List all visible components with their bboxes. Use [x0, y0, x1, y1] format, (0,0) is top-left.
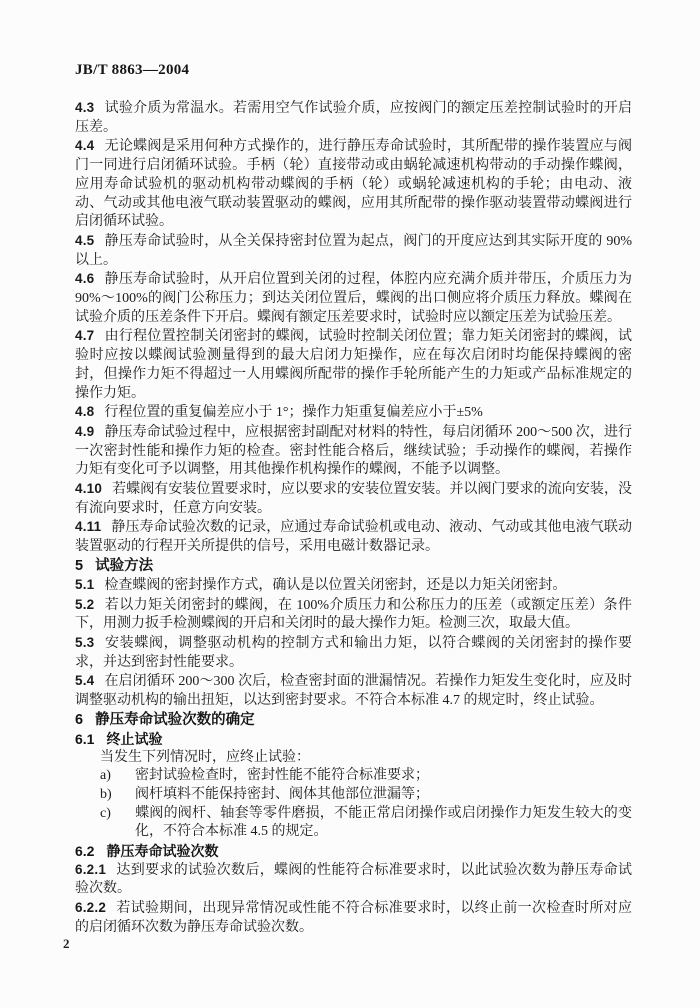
clause-number: 5.2	[75, 597, 94, 612]
standard-code-header: JB/T 8863—2004	[75, 62, 189, 79]
clause-number: 4.8	[75, 404, 94, 419]
section-title: 静压寿命试验次数的确定	[95, 712, 255, 728]
list-label: b)	[100, 786, 135, 805]
clause-4-3: 4.3试验介质为常温水。若需用空气作试验介质，应按阀门的额定压差控制试验时的开启…	[75, 99, 632, 137]
list-label: c)	[100, 805, 135, 824]
list-text: 阀杆填料不能保持密封、阀体其他部位泄漏等；	[135, 787, 429, 802]
clause-4-5: 4.5静压寿命试验时，从全关保持密封位置为起点，阀门的开度应达到其实际开度的 9…	[75, 232, 632, 270]
section-5-heading: 5试验方法	[75, 557, 632, 576]
clause-text: 静压寿命试验次数的记录，应通过寿命试验机或电动、液动、气动或其他电液气联动装置驱…	[75, 520, 632, 554]
clause-number: 4.4	[75, 138, 94, 153]
clause-text: 由行程位置控制关闭密封的蝶阀，试验时控制关闭位置；靠力矩关闭密封的蝶阀，试验时应…	[75, 329, 632, 400]
clause-number: 4.10	[75, 481, 102, 496]
clause-4-6: 4.6静压寿命试验时，从开启位置到关闭的过程，体腔内应充满介质并带压，介质压力为…	[75, 270, 632, 327]
section-title: 试验方法	[95, 558, 153, 574]
clause-text: 无论蝶阀是采用何种方式操作的，进行静压寿命试验时，其所配带的操作装置应与阀门一同…	[75, 139, 632, 229]
clause-6-2-2: 6.2.2若试验期间，出现异常情况或性能不符合标准要求时，以终止前一次检查时所对…	[75, 899, 632, 937]
list-text: 密封试验检查时，密封性能不能符合标准要求；	[135, 768, 429, 783]
clause-text: 若蝶阀有安装位置要求时，应以要求的安装位置安装。并以阀门要求的流向安装，没有流向…	[75, 482, 632, 516]
list-item-b: b)阀杆填料不能保持密封、阀体其他部位泄漏等；	[100, 786, 632, 805]
clause-4-7: 4.7由行程位置控制关闭密封的蝶阀，试验时控制关闭位置；靠力矩关闭密封的蝶阀，试…	[75, 327, 632, 403]
clause-number: 4.3	[75, 100, 94, 115]
clause-text: 若以力矩关闭密封的蝶阀，在 100%介质压力和公称压力的压差（或额定压差）条件下…	[75, 598, 632, 632]
clause-text: 静压寿命试验时，从开启位置到关闭的过程，体腔内应充满介质并带压，介质压力为 90…	[75, 272, 632, 324]
section-6-heading: 6静压寿命试验次数的确定	[75, 711, 632, 730]
clause-text: 静压寿命试验过程中，应根据密封副配对材料的特性，每启闭循环 200～500 次，…	[75, 425, 632, 477]
clause-number: 6.2.2	[75, 900, 106, 915]
clause-text: 行程位置的重复偏差应小于 1°；操作力矩重复偏差应小于±5%	[104, 405, 482, 420]
clause-number: 4.5	[75, 233, 94, 248]
clause-5-2: 5.2若以力矩关闭密封的蝶阀，在 100%介质压力和公称压力的压差（或额定压差）…	[75, 596, 632, 634]
clause-number: 5.1	[75, 577, 94, 592]
clause-number: 4.6	[75, 271, 94, 286]
document-body: 4.3试验介质为常温水。若需用空气作试验介质，应按阀门的额定压差控制试验时的开启…	[75, 99, 632, 938]
clause-4-11: 4.11静压寿命试验次数的记录，应通过寿命试验机或电动、液动、气动或其他电液气联…	[75, 518, 632, 556]
clause-number: 6.1	[75, 731, 94, 747]
list-item-c: c)蝶阀的阀杆、轴套等零件磨损，不能正常启闭操作或启闭操作力矩发生较大的变化，不…	[100, 805, 632, 842]
clause-number: 6.2	[75, 843, 94, 859]
clause-number: 4.7	[75, 328, 94, 343]
list-label: a)	[100, 767, 135, 786]
document-page: JB/T 8863—2004 4.3试验介质为常温水。若需用空气作试验介质，应按…	[0, 0, 700, 1008]
clause-number: 4.9	[75, 424, 94, 439]
clause-5-4: 5.4在启闭循环 200～300 次后，检查密封面的泄漏情况。若操作力矩发生变化…	[75, 672, 632, 710]
clause-number: 5.3	[75, 635, 94, 650]
clause-number: 4.11	[75, 519, 101, 534]
clause-text: 达到要求的试验次数后，蝶阀的性能符合标准要求时，以此试验次数为静压寿命试验次数。	[75, 863, 632, 897]
clause-title: 终止试验	[106, 731, 162, 747]
clause-5-3: 5.3安装蝶阀，调整驱动机构的控制方式和输出力矩，以符合蝶阀的关闭密封的操作要求…	[75, 634, 632, 672]
subsection-6-1-heading: 6.1终止试验	[75, 730, 632, 749]
section-number: 5	[75, 558, 83, 574]
clause-4-10: 4.10若蝶阀有安装位置要求时，应以要求的安装位置安装。并以阀门要求的流向安装，…	[75, 480, 632, 518]
clause-text: 静压寿命试验时，从全关保持密封位置为起点，阀门的开度应达到其实际开度的 90%以…	[75, 234, 632, 268]
clause-number: 5.4	[75, 673, 94, 688]
clause-text: 试验介质为常温水。若需用空气作试验介质，应按阀门的额定压差控制试验时的开启压差。	[75, 101, 632, 135]
clause-text: 在启闭循环 200～300 次后，检查密封面的泄漏情况。若操作力矩发生变化时，应…	[75, 674, 632, 708]
clause-6-2-1: 6.2.1达到要求的试验次数后，蝶阀的性能符合标准要求时，以此试验次数为静压寿命…	[75, 861, 632, 899]
terminate-test-intro: 当发生下列情况时，应终止试验：	[100, 749, 632, 768]
page-number: 2	[63, 936, 70, 952]
clause-5-1: 5.1检查蝶阀的密封操作方式，确认是以位置关闭密封，还是以力矩关闭密封。	[75, 576, 632, 596]
section-number: 6	[75, 712, 83, 728]
list-text: 蝶阀的阀杆、轴套等零件磨损，不能正常启闭操作或启闭操作力矩发生较大的变化，不符合…	[135, 806, 632, 840]
clause-4-9: 4.9静压寿命试验过程中，应根据密封副配对材料的特性，每启闭循环 200～500…	[75, 423, 632, 480]
clause-title: 静压寿命试验次数	[106, 843, 218, 859]
clause-text: 检查蝶阀的密封操作方式，确认是以位置关闭密封，还是以力矩关闭密封。	[104, 578, 566, 593]
clause-number: 6.2.1	[75, 862, 106, 877]
list-item-a: a)密封试验检查时，密封性能不能符合标准要求；	[100, 767, 632, 786]
clause-4-4: 4.4无论蝶阀是采用何种方式操作的，进行静压寿命试验时，其所配带的操作装置应与阀…	[75, 137, 632, 232]
subsection-6-2-heading: 6.2静压寿命试验次数	[75, 842, 632, 861]
clause-text: 安装蝶阀，调整驱动机构的控制方式和输出力矩，以符合蝶阀的关闭密封的操作要求，并达…	[75, 636, 632, 670]
clause-4-8: 4.8行程位置的重复偏差应小于 1°；操作力矩重复偏差应小于±5%	[75, 403, 632, 423]
clause-text: 若试验期间，出现异常情况或性能不符合标准要求时，以终止前一次检查时所对应的启闭循…	[75, 901, 632, 935]
